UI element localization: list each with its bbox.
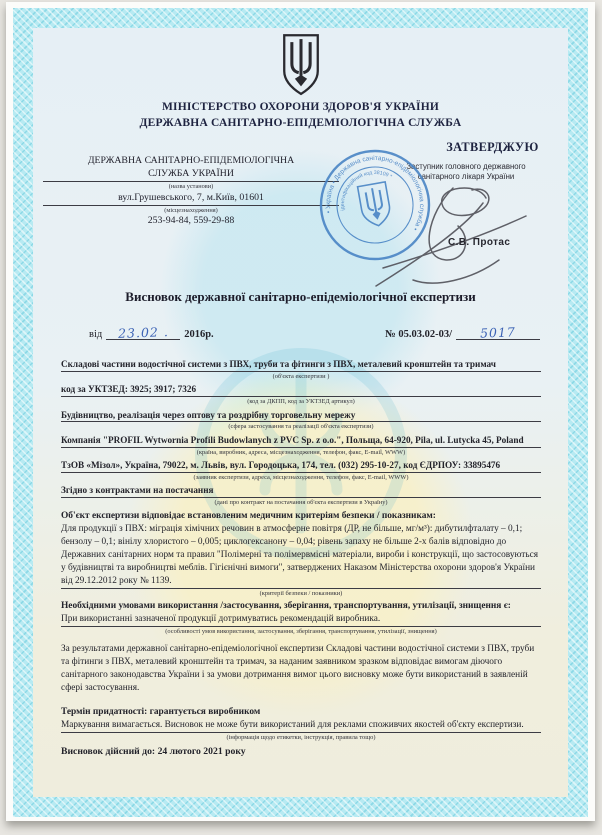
issuer-name-caption: (назва установи): [43, 182, 339, 191]
field-applicant-text: ТзОВ «Мізол», Україна, 79022, м. Львів, …: [61, 459, 541, 473]
issuer-name-line1: ДЕРЖАВНА САНІТАРНО-ЕПІДЕМІОЛОГІЧНА: [43, 155, 339, 168]
number-label: № 05.03.02-03/: [385, 329, 452, 340]
document-paper: МІНІСТЕРСТВО ОХОРОНИ ЗДОРОВ'Я УКРАЇНИ ДЕ…: [6, 2, 595, 821]
ministry-name-line1: МІНІСТЕРСТВО ОХОРОНИ ЗДОРОВ'Я УКРАЇНИ: [33, 100, 568, 116]
shelf-life-body: Маркування вимагається. Висновок не може…: [61, 719, 541, 733]
criteria-caption: (критерії безпеки / показники): [61, 589, 541, 599]
conditions-caption: (особливості умов використання, застосув…: [61, 627, 541, 637]
field-criteria: Об'єкт експертизи відповідає встановлени…: [61, 510, 541, 599]
date-year: 2016р.: [184, 329, 213, 340]
criteria-heading: Об'єкт експертизи відповідає встановлени…: [61, 510, 541, 523]
approve-label: ЗАТВЕРДЖУЮ: [415, 140, 570, 155]
date-handwritten: 23.02 .: [118, 324, 169, 341]
field-manufacturer-text: Компанія "PROFIL Wytwornia Profili Budow…: [61, 434, 541, 448]
field-code-text: код за УКТЗЕД: 3925; 3917; 7326: [61, 383, 541, 397]
issuer-address: вул.Грушевського, 7, м.Київ, 01601: [43, 192, 339, 206]
approver-name: С.В. Протас: [448, 237, 510, 248]
doc-date: від 23.02 . 2016р.: [89, 324, 214, 340]
conditions-body: При використанні зазначеної продукції до…: [61, 613, 541, 627]
issuer-block: ДЕРЖАВНА САНІТАРНО-ЕПІДЕМІОЛОГІЧНА СЛУЖБ…: [43, 155, 339, 227]
field-contract: Згідно з контрактами на постачання (дані…: [61, 484, 541, 507]
guilloche-border: МІНІСТЕРСТВО ОХОРОНИ ЗДОРОВ'Я УКРАЇНИ ДЕ…: [13, 8, 588, 817]
number-handwritten: 5017: [480, 324, 516, 340]
field-contract-text: Згідно з контрактами на постачання: [61, 484, 541, 498]
field-manufacturer: Компанія "PROFIL Wytwornia Profili Budow…: [61, 434, 541, 457]
doc-meta-row: від 23.02 . 2016р. № 05.03.02-03/ 5017: [89, 324, 540, 340]
date-field: 23.02 .: [106, 324, 180, 340]
issuer-address-caption: (місцезнаходження): [43, 206, 339, 215]
issuer-name: ДЕРЖАВНА САНІТАРНО-ЕПІДЕМІОЛОГІЧНА СЛУЖБ…: [43, 155, 339, 182]
criteria-body: Для продукції з ПВХ: міграція хімічних р…: [61, 523, 541, 589]
shelf-life-caption: (інформація щодо етикетки, інструкція, п…: [61, 733, 541, 743]
field-object-caption: (об'єкта експертизи ): [61, 372, 541, 382]
scanned-document-page: МІНІСТЕРСТВО ОХОРОНИ ЗДОРОВ'Я УКРАЇНИ ДЕ…: [0, 0, 602, 835]
field-contract-caption: (дані про контракт на постачання об'єкта…: [61, 498, 541, 508]
document-content: МІНІСТЕРСТВО ОХОРОНИ ЗДОРОВ'Я УКРАЇНИ ДЕ…: [33, 28, 568, 797]
validity-line: Висновок дійсний до: 24 лютого 2021 року: [61, 746, 541, 757]
field-manufacturer-caption: (країна, виробник, адреса, місцезнаходже…: [61, 448, 541, 458]
resolution-paragraph: За результатами державної санітарно-епід…: [61, 643, 541, 695]
conditions-heading: Необхідними умовами використання /застос…: [61, 600, 541, 613]
doc-number: № 05.03.02-03/ 5017: [385, 324, 540, 340]
ministry-header: МІНІСТЕРСТВО ОХОРОНИ ЗДОРОВ'Я УКРАЇНИ ДЕ…: [33, 100, 568, 131]
field-conditions: Необхідними умовами використання /застос…: [61, 600, 541, 637]
expertise-fields: Складові частини водостічної системи з П…: [61, 358, 541, 757]
field-applicant: ТзОВ «Мізол», Україна, 79022, м. Львів, …: [61, 459, 541, 482]
ministry-name-line2: ДЕРЖАВНА САНІТАРНО-ЕПІДЕМІОЛОГІЧНА СЛУЖБ…: [33, 116, 568, 132]
field-scope: Будівництво, реалізація через оптову та …: [61, 409, 541, 432]
field-code: код за УКТЗЕД: 3925; 3917; 7326 (код за …: [61, 383, 541, 406]
issuer-name-line2: СЛУЖБА УКРАЇНИ: [43, 168, 339, 181]
field-scope-caption: (сфера застосування та реалізації об'єкт…: [61, 422, 541, 432]
field-applicant-caption: (заявник експертизи, адреса, місцезнаход…: [61, 473, 541, 483]
ukraine-trident-icon: [277, 33, 325, 97]
field-scope-text: Будівництво, реалізація через оптову та …: [61, 409, 541, 423]
number-field: 5017: [456, 324, 540, 340]
field-code-caption: (код за ДКПП, код за УКТЗЕД артикул): [61, 397, 541, 407]
field-shelf-life: Термін придатності: гарантується виробни…: [61, 706, 541, 743]
date-label: від: [89, 329, 102, 340]
page-title: Висновок державної санітарно-епідеміолог…: [33, 289, 568, 305]
signature-icon: [358, 168, 543, 296]
field-object: Складові частини водостічної системи з П…: [61, 358, 541, 381]
issuer-phones: 253-94-84, 559-29-88: [43, 215, 339, 228]
field-object-text: Складові частини водостічної системи з П…: [61, 358, 541, 372]
shelf-life-heading: Термін придатності: гарантується виробни…: [61, 706, 541, 719]
